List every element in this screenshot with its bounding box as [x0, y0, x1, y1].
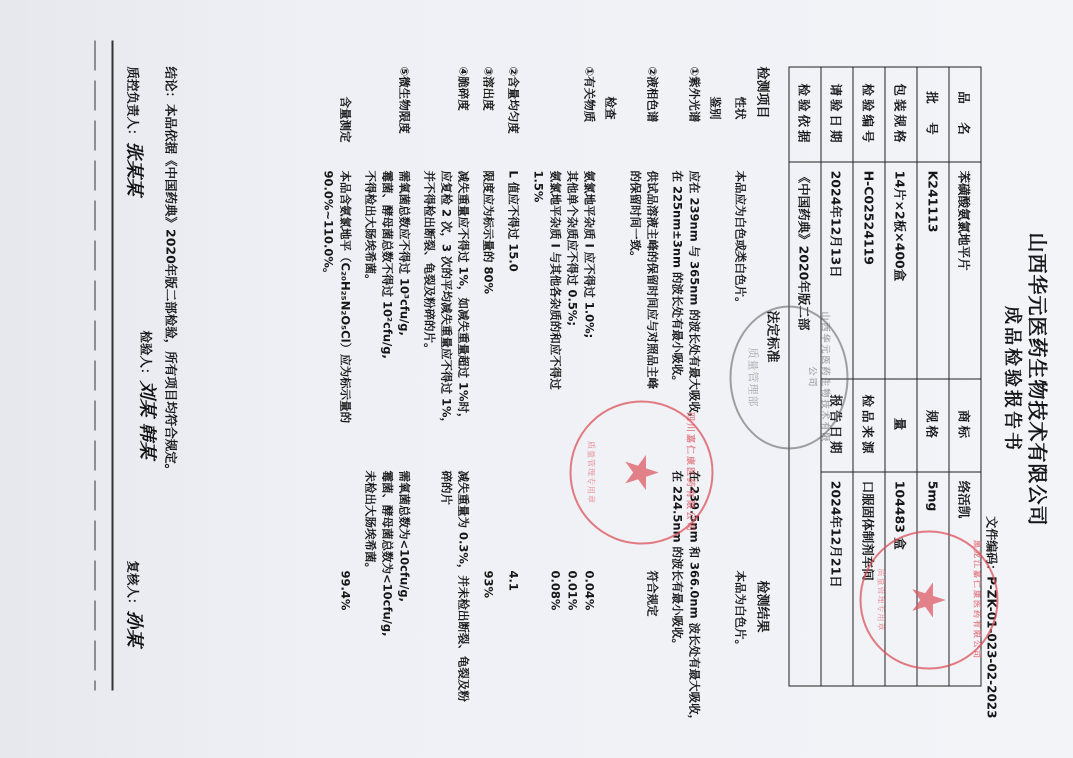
quality-stamp-red-sichuan: 四川嘉仁康医药有限公司 ★ 质量管理专用章: [569, 400, 713, 544]
qa-signature: 质控负责人：张某某: [122, 66, 148, 195]
test-result: 4.1: [504, 570, 521, 590]
test-item: 检查: [601, 96, 618, 119]
quality-dept-stamp-gray: 山西华元医药生物技术有限公司 质量管理部: [729, 305, 848, 449]
footer-dashed-line: [94, 40, 95, 690]
test-item: ②含量均匀度: [504, 66, 521, 133]
test-result: 符合规定: [643, 570, 660, 616]
qa-label: 质控负责人：: [125, 66, 140, 141]
inspector-signature: 检验人：刘某 韩某: [135, 330, 161, 458]
reviewer-handwriting: 孙某: [123, 610, 144, 646]
inspector-handwriting: 刘某 韩某: [136, 380, 157, 458]
quality-stamp-red-heilongjiang: 黑龙江嘉仁康医药有限公司 ★ 质量管理专用章: [859, 530, 998, 669]
test-standard: 应在 239nm 与 365nm 的波长处有最大吸收，: [685, 170, 702, 424]
test-item: 含量测定: [336, 96, 353, 142]
red-stamp-bottom-text: 质量管理专用章: [585, 402, 596, 542]
test-standard: 应复检 2 次，3 次的平均减失重量应不得过 1%，: [437, 170, 454, 429]
test-result: 0.01%: [563, 570, 580, 610]
info-value: K241113: [917, 162, 949, 379]
test-result: 需氧菌总数为<10cfu/g,: [395, 470, 412, 601]
test-item: ④脆碎度: [454, 66, 471, 110]
inspection-report-page: 山西华元医药生物技术有限公司 成品检验报告书 文件编码：P-ZK-01-023-…: [0, 0, 1073, 758]
qa-handwriting: 张某某: [123, 141, 144, 195]
test-standard: L 值应不得过 15.0: [504, 170, 521, 271]
test-standard: 在 225nm±3nm 的波长处有最小吸收。: [668, 170, 685, 387]
test-result: 0.08%: [546, 570, 563, 610]
star-icon: ★: [614, 451, 668, 492]
info-value: 2024年12月21日: [821, 472, 853, 686]
test-standard: 氨氯地平杂质 I 与其他各杂质的和应不得过: [546, 170, 563, 389]
info-value: H-C02524119: [853, 162, 885, 379]
test-standard: 本品应为白色或类白色片。: [731, 170, 748, 308]
conclusion: 结论：本品依据《中国药典》2020年版二部检验，所有项目均符合规定。: [162, 66, 180, 476]
reviewer-label: 复核人：: [125, 560, 140, 610]
red-stamp-top-text: 四川嘉仁康医药有限公司: [684, 402, 697, 542]
test-item-header: 检测项目: [754, 66, 773, 118]
info-label: 品 名: [949, 67, 981, 162]
test-standard: 供试品溶液主峰的保留时间应与对照品主峰: [643, 170, 660, 389]
info-value: 苯磺酸氨氯地平片: [949, 162, 981, 379]
info-label: 请验日期: [821, 67, 853, 162]
result-header: 检测结果: [754, 580, 773, 632]
inspector-label: 检验人：: [138, 330, 153, 380]
star-icon: ★: [902, 579, 956, 620]
info-label: 商标: [949, 378, 981, 471]
red-stamp-2-top-text: 黑龙江嘉仁康医药有限公司: [971, 532, 982, 667]
test-item: ①有关物质: [580, 66, 597, 122]
info-label: 包装规格: [885, 67, 917, 162]
test-result: 93%: [479, 570, 496, 598]
test-standard: 减失重量应不得过 1%，如减失重量超过 1%时，: [454, 170, 471, 424]
test-standard: 并不得检出断裂、龟裂及粉碎的片。: [420, 170, 437, 354]
report-title: 成品检验报告书: [1000, 0, 1026, 758]
test-result: 99.4%: [336, 570, 353, 610]
test-result: 本品为白色片。: [731, 570, 748, 651]
gray-stamp-top-text: 山西华元医药生物技术有限公司: [806, 307, 832, 447]
test-item: ⑤微生物限度: [395, 66, 412, 133]
test-standard: 氨氯地平杂质 I 应不得过 1.0%;: [580, 170, 597, 338]
test-standard: 的保留时间一致。: [626, 170, 643, 262]
info-label: 检验依据: [789, 67, 821, 162]
footer-line: [111, 40, 113, 690]
test-standard: 限度应为标示量的 80%: [479, 170, 496, 294]
test-standard: 需氧菌总数应不得过 10³cfu/g,: [395, 170, 412, 335]
company-name: 山西华元医药生物技术有限公司: [1024, 0, 1053, 758]
reviewer-signature: 复核人：孙某: [122, 560, 148, 646]
info-label: 批 号: [917, 67, 949, 162]
test-item: 性状: [731, 96, 748, 119]
test-standard: 其他单个杂质应不得过 0.5%;: [563, 170, 580, 326]
test-standard: 90.0%~110.0%。: [319, 170, 336, 279]
test-standard: 本品含氨氯地平（C₂₀H₂₅N₂O₅Cl）应为标示量的: [336, 170, 353, 423]
test-result: 未检出大肠埃希菌。: [361, 470, 378, 574]
scanned-page-background: 山西华元医药生物技术有限公司 成品检验报告书 文件编码：P-ZK-01-023-…: [0, 0, 1073, 758]
test-standard: 1.5%: [529, 170, 546, 202]
info-label: 量: [885, 378, 917, 471]
test-item: ②液相色谱: [643, 66, 660, 122]
test-result: 减失重量为 0.3%，并未检出断裂、龟裂及粉: [454, 470, 471, 701]
info-value: 14片×2板×400盒: [885, 162, 917, 379]
test-result: 碎的片: [437, 470, 454, 505]
test-item: 鉴别: [706, 96, 723, 119]
gray-stamp-bottom-text: 质量管理部: [745, 307, 761, 447]
red-stamp-2-bottom-text: 质量管理专用章: [875, 532, 886, 667]
info-label: 规格: [917, 378, 949, 471]
test-item: ①紫外光谱: [685, 66, 702, 122]
test-standard: 霉菌、酵母菌总数不得过 10²cfu/g,: [378, 170, 395, 358]
test-result: 霉菌、酵母菌总数为<10cfu/g,: [378, 470, 395, 636]
test-result: 0.04%: [580, 570, 597, 610]
info-label: 检品来源: [853, 378, 885, 471]
test-standard: 不得检出大肠埃希菌。: [361, 170, 378, 285]
info-label: 检验编号: [853, 67, 885, 162]
test-item: ③溶出度: [479, 66, 496, 110]
